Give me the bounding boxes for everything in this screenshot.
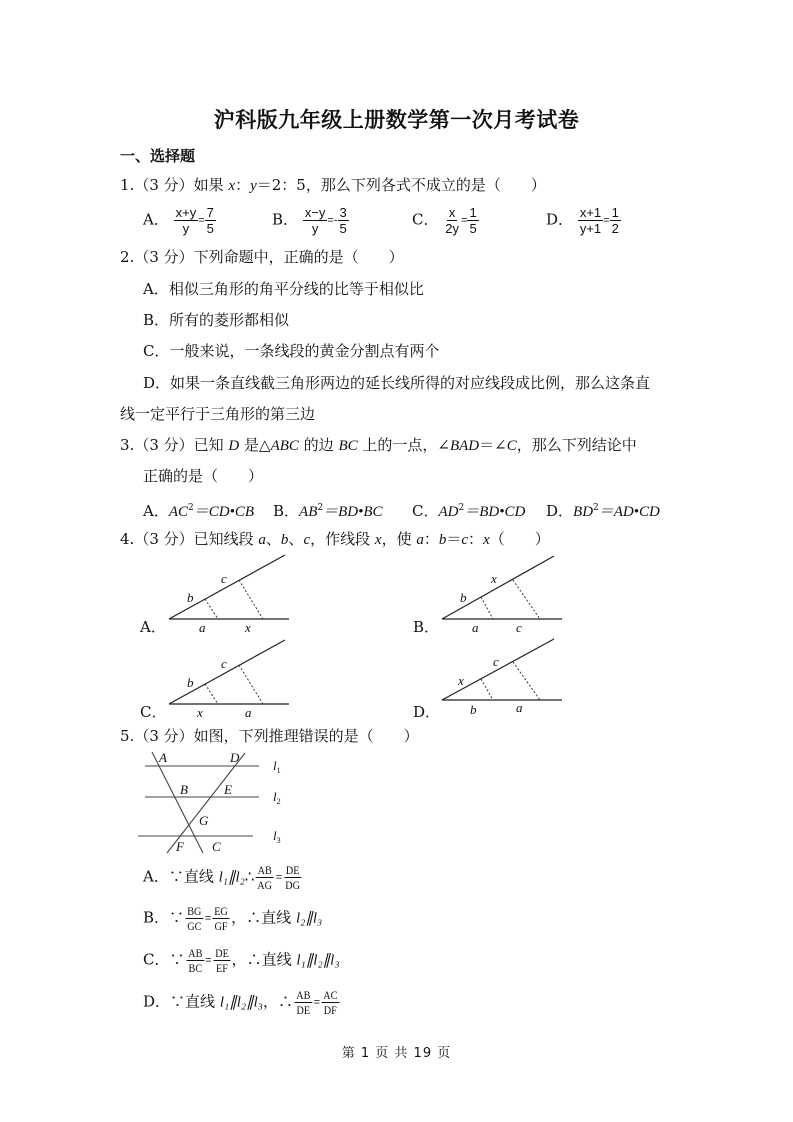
expr: AB: [299, 504, 317, 520]
label-x: x: [196, 705, 203, 718]
question-4-option-c-figure[interactable]: b c x a: [165, 638, 295, 718]
question-1-option-b[interactable]: B． x−yy=-35: [272, 205, 349, 236]
fraction: ABDE: [295, 988, 313, 1017]
fraction: x+1y+1: [578, 205, 603, 236]
equals-sign: =: [205, 955, 211, 967]
question-score: （3 分）: [134, 727, 193, 745]
conclusion: l₁∥l₂∥l₃: [296, 953, 339, 969]
expr: AD: [438, 504, 458, 520]
option-label: B．: [272, 211, 298, 229]
point-c: C: [212, 839, 221, 854]
question-score: （3 分）: [134, 176, 193, 194]
stem-text: ＝∠: [479, 436, 507, 454]
question-2-option-d[interactable]: D．如果一条直线截三角形两边的延长线所得的对应线段成比例，那么这条直: [143, 373, 650, 393]
option-label: A．: [143, 280, 169, 298]
option-label: C．: [412, 211, 438, 229]
stem-text: 如果: [194, 176, 229, 194]
stem-text: ：: [424, 530, 439, 548]
label-b: b: [460, 590, 467, 605]
var: a: [416, 532, 424, 548]
stem-text: 下列命题中，正确的是（ ）: [194, 248, 404, 266]
point-g: G: [199, 813, 209, 828]
equals-sign: =: [205, 913, 211, 925]
numerator: DE: [284, 863, 301, 878]
stem-text: 、: [288, 530, 303, 548]
page-title: 沪科版九年级上册数学第一次月考试卷: [0, 104, 793, 134]
stem-text: ，使: [382, 530, 417, 548]
label-a: a: [472, 620, 479, 633]
option-text: 相似三角形的角平分线的比等于相似比: [169, 280, 424, 298]
option-label: D．: [546, 211, 573, 229]
stem-text: 已知线段: [194, 530, 259, 548]
question-5-option-c[interactable]: C．∵ABBC=DEEF，∴直线 l₁∥l₂∥l₃: [143, 946, 340, 975]
therefore-text: ，∴直线: [231, 909, 296, 927]
question-score: （3 分）: [134, 530, 193, 548]
fraction: 12: [610, 205, 621, 236]
label-x: x: [490, 571, 497, 586]
stem-text: （ ）: [490, 530, 550, 548]
numerator: x+y: [174, 205, 199, 221]
line-l3-label: l3: [273, 828, 281, 845]
equals-sign: =: [276, 872, 282, 884]
numerator: 3: [338, 205, 349, 221]
therefore-symbol: ∴: [245, 868, 255, 886]
denominator: 5: [205, 221, 216, 236]
question-5-stem: 5.（3 分）如图，下列推理错误的是（ ）: [120, 726, 419, 746]
question-2-stem: 2.（3 分）下列命题中，正确的是（ ）: [120, 247, 404, 267]
label-c: c: [221, 571, 227, 586]
question-3-option-c[interactable]: C．AD2＝BD•CD: [412, 498, 525, 522]
label-b: b: [470, 702, 477, 717]
denominator: EF: [214, 961, 229, 975]
question-score: （3 分）: [134, 436, 193, 454]
stem-text: ＝2：5，那么下列各式不成立的是（ ）: [257, 176, 546, 194]
question-number: 5.: [120, 727, 134, 745]
page-footer: 第 1 页 共 19 页: [0, 1042, 793, 1061]
question-number: 3.: [120, 436, 134, 454]
numerator: x: [447, 205, 458, 221]
condition: l₁∥l₂∥l₃: [220, 995, 263, 1011]
fraction: 15: [467, 205, 478, 236]
question-1-stem: 1.（3 分）如果 x：y＝2：5，那么下列各式不成立的是（ ）: [120, 175, 546, 196]
therefore-symbol: ，∴: [263, 993, 293, 1011]
question-1-option-c[interactable]: C． x2y=15: [412, 205, 479, 236]
denominator: 2: [610, 221, 621, 236]
question-5-figure: A D B E G F C l1 l2 l3: [135, 750, 295, 855]
denominator: y: [181, 221, 192, 236]
option-label: A．: [143, 211, 169, 229]
question-4-option-b-label[interactable]: B．: [413, 617, 439, 637]
label-c: c: [516, 620, 522, 633]
question-3-option-a[interactable]: A．AC2＝CD•CB: [143, 498, 254, 522]
question-1-option-a[interactable]: A． x+yy=75: [143, 205, 216, 236]
var: BAD: [450, 438, 479, 454]
var: x: [483, 532, 490, 548]
stem-text: 上的一点，∠: [358, 436, 450, 454]
var: C: [507, 438, 517, 454]
option-label: B．: [143, 311, 169, 329]
numerator: x+1: [578, 205, 603, 221]
question-number: 2.: [120, 248, 134, 266]
fraction: ABAG: [256, 863, 274, 892]
question-2-option-c[interactable]: C．一般来说，一条线段的黄金分割点有两个: [143, 341, 440, 361]
question-4-stem: 4.（3 分）已知线段 a、b、c，作线段 x，使 a：b＝c：x（ ）: [120, 529, 550, 550]
var: D: [228, 438, 239, 454]
denominator: GF: [213, 919, 229, 933]
var: x: [375, 532, 382, 548]
numerator: 1: [467, 205, 478, 221]
fraction: x2y: [443, 205, 461, 236]
option-label: A．: [143, 868, 169, 886]
question-3-stem-continued: 正确的是（ ）: [143, 466, 263, 486]
point-b: B: [180, 782, 188, 797]
option-label: A．: [143, 502, 169, 520]
question-2-option-a[interactable]: A．相似三角形的角平分线的比等于相似比: [143, 279, 424, 299]
denominator: DF: [322, 1003, 338, 1017]
fraction: x+yy: [174, 205, 199, 236]
numerator: x−y: [303, 205, 328, 221]
stem-text: 是△: [239, 436, 270, 454]
var: BC: [338, 438, 357, 454]
label-c: c: [221, 656, 227, 671]
label-b: b: [187, 675, 194, 690]
stem-text: 已知: [194, 436, 229, 454]
expr: BD: [573, 504, 593, 520]
denominator: BC: [186, 961, 203, 975]
option-label: C．: [143, 342, 169, 360]
numerator: AB: [186, 946, 204, 961]
because-symbol: ∵: [169, 951, 184, 969]
fraction: 75: [205, 205, 216, 236]
question-4-option-d-figure[interactable]: x c b a: [438, 638, 568, 718]
line-l2-label: l2: [273, 789, 281, 806]
fraction: EGGF: [213, 904, 230, 933]
point-d: D: [229, 750, 240, 765]
stem-text: 、: [266, 530, 281, 548]
numerator: 1: [610, 205, 621, 221]
label-a: a: [245, 705, 252, 718]
var: a: [258, 532, 266, 548]
expr: ＝AD•CD: [599, 504, 660, 520]
line-l1-label: l1: [273, 758, 281, 775]
denominator: 5: [338, 221, 349, 236]
stem-text: 的边: [299, 436, 339, 454]
label-c: c: [493, 654, 499, 669]
stem-text: ：: [235, 176, 250, 194]
numerator: BG: [186, 904, 204, 919]
section-heading: 一、选择题: [120, 145, 195, 166]
therefore-text: ，∴直线: [232, 951, 297, 969]
because-text: ∵直线: [170, 993, 220, 1011]
question-5-option-b[interactable]: B．∵BGGC=EGGF，∴直线 l₂∥l₃: [143, 904, 322, 933]
label-x: x: [457, 673, 464, 688]
var: y: [250, 178, 257, 194]
question-5-option-a[interactable]: A．∵直线 l₁∥l₂∴ABAG=DEDG: [143, 863, 304, 892]
fraction: DEEF: [213, 946, 230, 975]
label-a: a: [199, 620, 206, 633]
label-b: b: [187, 590, 194, 605]
numerator: DE: [213, 946, 230, 961]
denominator: 2y: [443, 221, 461, 236]
question-3-option-d[interactable]: D．BD2＝AD•CD: [546, 498, 660, 522]
fraction: DEDG: [284, 863, 302, 892]
equals-sign: =: [314, 997, 320, 1009]
option-text: 一般来说，一条线段的黄金分割点有两个: [169, 342, 439, 360]
conclusion: l₂∥l₃: [296, 911, 322, 927]
option-label: B．: [273, 502, 299, 520]
fraction: 35: [338, 205, 349, 236]
condition: l₁∥l₂: [219, 870, 245, 886]
stem-text: ，那么下列结论中: [517, 436, 637, 454]
option-label: C．: [143, 951, 169, 969]
expr: ＝BD•BC: [323, 504, 382, 520]
question-3-stem: 3.（3 分）已知 D 是△ABC 的边 BC 上的一点，∠BAD＝∠C，那么下…: [120, 435, 637, 456]
denominator: 5: [467, 221, 478, 236]
expr: ＝CD•CB: [194, 504, 254, 520]
option-label: C．: [412, 502, 438, 520]
numerator: AB: [295, 988, 313, 1003]
fraction: ACDF: [322, 988, 340, 1017]
question-4-option-a-figure[interactable]: b c a x: [165, 553, 295, 633]
question-2-option-d-continued: 线一定平行于三角形的第三边: [120, 404, 315, 424]
var: ABC: [271, 438, 299, 454]
question-4-option-c-label[interactable]: C．: [140, 702, 166, 722]
option-label: B．: [143, 909, 169, 927]
question-number: 1.: [120, 176, 134, 194]
option-label: D．: [546, 502, 573, 520]
denominator: AG: [256, 878, 274, 892]
equals-sign: =-: [327, 215, 337, 227]
point-f: F: [175, 839, 185, 854]
denominator: y: [310, 221, 321, 236]
denominator: DE: [295, 1003, 312, 1017]
denominator: y+1: [578, 221, 603, 236]
question-4-option-d-label[interactable]: D．: [413, 702, 440, 722]
numerator: 7: [205, 205, 216, 221]
denominator: DG: [284, 878, 302, 892]
point-e: E: [223, 782, 232, 797]
option-label: D．: [143, 993, 170, 1011]
denominator: GC: [186, 919, 204, 933]
numerator: AC: [322, 988, 340, 1003]
stem-text: 如图，下列推理错误的是（ ）: [194, 727, 419, 745]
question-4-option-a-label[interactable]: A．: [140, 617, 166, 637]
stem-text: ，作线段: [310, 530, 375, 548]
option-label: D．: [143, 374, 170, 392]
option-text: 所有的菱形都相似: [169, 311, 289, 329]
question-score: （3 分）: [134, 248, 193, 266]
fraction: ABBC: [186, 946, 204, 975]
fraction: x−yy: [303, 205, 328, 236]
because-symbol: ∵: [169, 909, 184, 927]
question-number: 4.: [120, 530, 134, 548]
question-2-option-b[interactable]: B．所有的菱形都相似: [143, 310, 289, 330]
point-a: A: [158, 750, 167, 765]
question-1-option-d[interactable]: D． x+1y+1=12: [546, 205, 621, 236]
option-text: 如果一条直线截三角形两边的延长线所得的对应线段成比例，那么这条直: [170, 374, 650, 392]
numerator: EG: [213, 904, 230, 919]
because-text: ∵直线: [169, 868, 219, 886]
numerator: AB: [256, 863, 274, 878]
expr: AC: [169, 504, 188, 520]
stem-text: ：: [468, 530, 483, 548]
question-4-option-b-figure[interactable]: b x a c: [438, 553, 568, 633]
label-a: a: [516, 700, 523, 715]
expr: ＝BD•CD: [464, 504, 525, 520]
fraction: BGGC: [186, 904, 204, 933]
label-x: x: [244, 620, 251, 633]
question-5-option-d[interactable]: D．∵直线 l₁∥l₂∥l₃，∴ABDE=ACDF: [143, 988, 341, 1017]
stem-text: ＝: [446, 530, 461, 548]
question-3-option-b[interactable]: B．AB2＝BD•BC: [273, 498, 383, 522]
